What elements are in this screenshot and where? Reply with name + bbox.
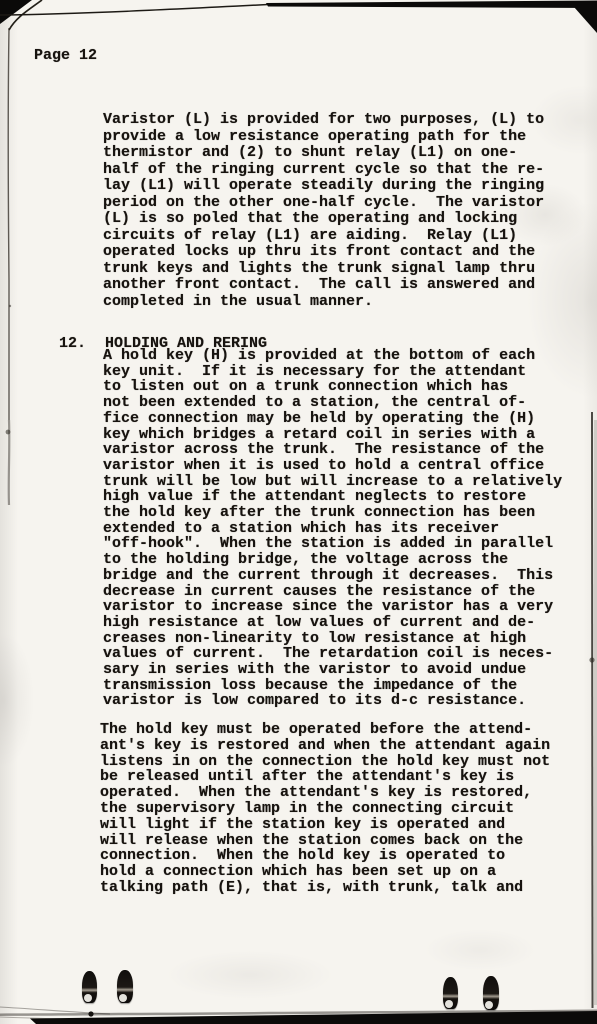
- bottom-scratch-2: [0, 1017, 88, 1020]
- bottom-edge-bar: [30, 1011, 597, 1024]
- bottom-scratch-1: [0, 1007, 110, 1014]
- binder-fastener-right-2: [483, 976, 499, 1010]
- page-number-label: Page 12: [34, 47, 97, 65]
- paragraph-hold-key: A hold key (H) is provided at the bottom…: [103, 348, 562, 709]
- right-edge-line: [592, 412, 593, 1008]
- paragraph-hold-key-operation: The hold key must be operated before the…: [100, 722, 550, 896]
- right-edge-smudge: [589, 657, 594, 662]
- binder-fastener-left-2: [117, 970, 133, 1003]
- bottom-smudge-line: [0, 1010, 597, 1017]
- section-number: 12.: [59, 335, 86, 352]
- paragraph-varistor: Varistor (L) is provided for two purpose…: [103, 112, 544, 310]
- scanned-document-page: Page 12 Varistor (L) is provided for two…: [0, 0, 597, 1024]
- speck-dot: [9, 305, 11, 307]
- binder-fastener-right-1: [443, 977, 458, 1009]
- top-curve-line: [0, 5, 268, 16]
- top-right-corner-artifact: [574, 7, 597, 33]
- bottom-speck-dot: [88, 1011, 93, 1016]
- top-edge-bar: [266, 1, 597, 9]
- left-edge-line-fade: [9, 420, 10, 505]
- top-left-corner-artifact: [0, 0, 32, 24]
- left-edge-smudge: [6, 430, 11, 435]
- left-edge-line: [8, 28, 9, 420]
- page-corner-curl-line: [9, 0, 42, 30]
- binder-fastener-left-1: [82, 971, 97, 1003]
